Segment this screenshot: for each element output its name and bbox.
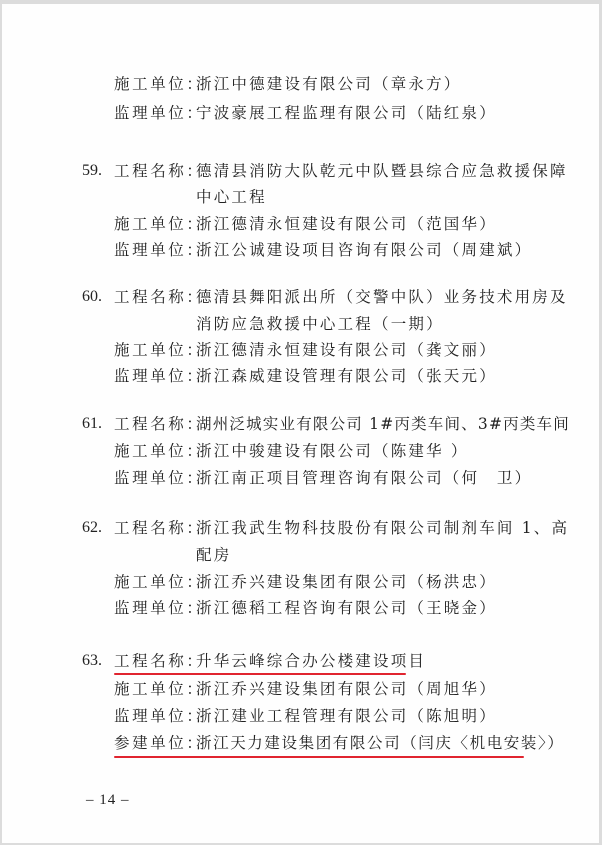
label-construction-unit: 施工单位： bbox=[114, 74, 196, 94]
label-project-name: 工程名称： bbox=[114, 518, 196, 538]
supervision-unit: 监理单位：浙江南正项目管理咨询有限公司（何 卫） bbox=[114, 468, 532, 488]
label-construction-unit: 施工单位： bbox=[114, 214, 196, 234]
project-name: 工程名称：升华云峰综合办公楼建设项目 bbox=[114, 651, 426, 671]
label-supervision-unit: 监理单位： bbox=[114, 240, 196, 260]
label-project-name: 工程名称： bbox=[114, 414, 196, 434]
value: 浙江天力建设集团有限公司（闫庆〈机电安装〉） bbox=[196, 734, 564, 752]
project-name-continued: 配房 bbox=[196, 545, 231, 565]
label-project-name: 工程名称： bbox=[114, 287, 196, 307]
red-underline-project-name bbox=[114, 673, 406, 675]
page-number: – 14 – bbox=[86, 792, 130, 809]
project-name: 工程名称：湖州泛城实业有限公司 1#丙类车间、3#丙类车间 bbox=[114, 414, 570, 434]
construction-unit: 施工单位：浙江德清永恒建设有限公司（范国华） bbox=[114, 214, 497, 234]
project-name: 工程名称：浙江我武生物科技股份有限公司制剂车间 1、高 bbox=[114, 518, 569, 538]
label-supervision-unit: 监理单位： bbox=[114, 366, 196, 386]
label-supervision-unit: 监理单位： bbox=[114, 598, 196, 618]
construction-unit: 施工单位：浙江中骏建设有限公司（陈建华 ） bbox=[114, 441, 469, 461]
entry-number: 62. bbox=[82, 518, 102, 538]
value: 浙江中骏建设有限公司（陈建华 ） bbox=[196, 442, 469, 460]
value: 浙江我武生物科技股份有限公司制剂车间 1、高 bbox=[196, 519, 569, 537]
continued-supervision-unit: 监理单位：宁波豪展工程监理有限公司（陆红泉） bbox=[114, 103, 497, 123]
value: 宁波豪展工程监理有限公司（陆红泉） bbox=[196, 104, 497, 122]
value: 浙江建业工程管理有限公司（陈旭明） bbox=[196, 707, 497, 725]
value: 浙江乔兴建设集团有限公司（周旭华） bbox=[196, 680, 497, 698]
value: 德清县消防大队乾元中队暨县综合应急救援保障 bbox=[196, 162, 568, 180]
supervision-unit: 监理单位：浙江森威建设管理有限公司（张天元） bbox=[114, 366, 497, 386]
construction-unit: 施工单位：浙江德清永恒建设有限公司（龚文丽） bbox=[114, 340, 497, 360]
label-supervision-unit: 监理单位： bbox=[114, 468, 196, 488]
entry-number: 61. bbox=[82, 414, 102, 434]
label-construction-unit: 施工单位： bbox=[114, 572, 196, 592]
value: 浙江德清永恒建设有限公司（范国华） bbox=[196, 215, 497, 233]
value: 德清县舞阳派出所（交警中队）业务技术用房及 bbox=[196, 288, 568, 306]
label-construction-unit: 施工单位： bbox=[114, 679, 196, 699]
value: 浙江德稻工程咨询有限公司（王晓金） bbox=[196, 599, 497, 617]
label-participating-unit: 参建单位： bbox=[114, 733, 196, 753]
participating-unit: 参建单位：浙江天力建设集团有限公司（闫庆〈机电安装〉） bbox=[114, 733, 564, 753]
construction-unit: 施工单位：浙江乔兴建设集团有限公司（杨洪忠） bbox=[114, 572, 497, 592]
supervision-unit: 监理单位：浙江建业工程管理有限公司（陈旭明） bbox=[114, 706, 497, 726]
entry-number: 60. bbox=[82, 287, 102, 307]
value: 浙江南正项目管理咨询有限公司（何 卫） bbox=[196, 469, 532, 487]
label-project-name: 工程名称： bbox=[114, 161, 196, 181]
value: 浙江森威建设管理有限公司（张天元） bbox=[196, 367, 497, 385]
value: 升华云峰综合办公楼建设项目 bbox=[196, 652, 426, 670]
red-underline-participating-unit bbox=[114, 756, 524, 758]
label-construction-unit: 施工单位： bbox=[114, 340, 196, 360]
continued-construction-unit: 施工单位：浙江中德建设有限公司（章永方） bbox=[114, 74, 462, 94]
value: 浙江中德建设有限公司（章永方） bbox=[196, 75, 462, 93]
entry-number: 59. bbox=[82, 161, 102, 181]
value: 湖州泛城实业有限公司 1#丙类车间、3#丙类车间 bbox=[196, 415, 570, 433]
label-construction-unit: 施工单位： bbox=[114, 441, 196, 461]
label-supervision-unit: 监理单位： bbox=[114, 103, 196, 123]
value: 浙江德清永恒建设有限公司（龚文丽） bbox=[196, 341, 497, 359]
value: 浙江乔兴建设集团有限公司（杨洪忠） bbox=[196, 573, 497, 591]
project-name-continued: 消防应急救援中心工程（一期） bbox=[196, 314, 444, 334]
supervision-unit: 监理单位：浙江公诚建设项目咨询有限公司（周建斌） bbox=[114, 240, 532, 260]
value: 浙江公诚建设项目咨询有限公司（周建斌） bbox=[196, 241, 532, 259]
entry-number: 63. bbox=[82, 651, 102, 671]
project-name-continued: 中心工程 bbox=[196, 187, 267, 207]
supervision-unit: 监理单位：浙江德稻工程咨询有限公司（王晓金） bbox=[114, 598, 497, 618]
document-page: 施工单位：浙江中德建设有限公司（章永方） 监理单位：宁波豪展工程监理有限公司（陆… bbox=[2, 4, 599, 843]
project-name: 工程名称：德清县舞阳派出所（交警中队）业务技术用房及 bbox=[114, 287, 568, 307]
project-name: 工程名称：德清县消防大队乾元中队暨县综合应急救援保障 bbox=[114, 161, 568, 181]
label-project-name: 工程名称： bbox=[114, 651, 196, 671]
construction-unit: 施工单位：浙江乔兴建设集团有限公司（周旭华） bbox=[114, 679, 497, 699]
label-supervision-unit: 监理单位： bbox=[114, 706, 196, 726]
